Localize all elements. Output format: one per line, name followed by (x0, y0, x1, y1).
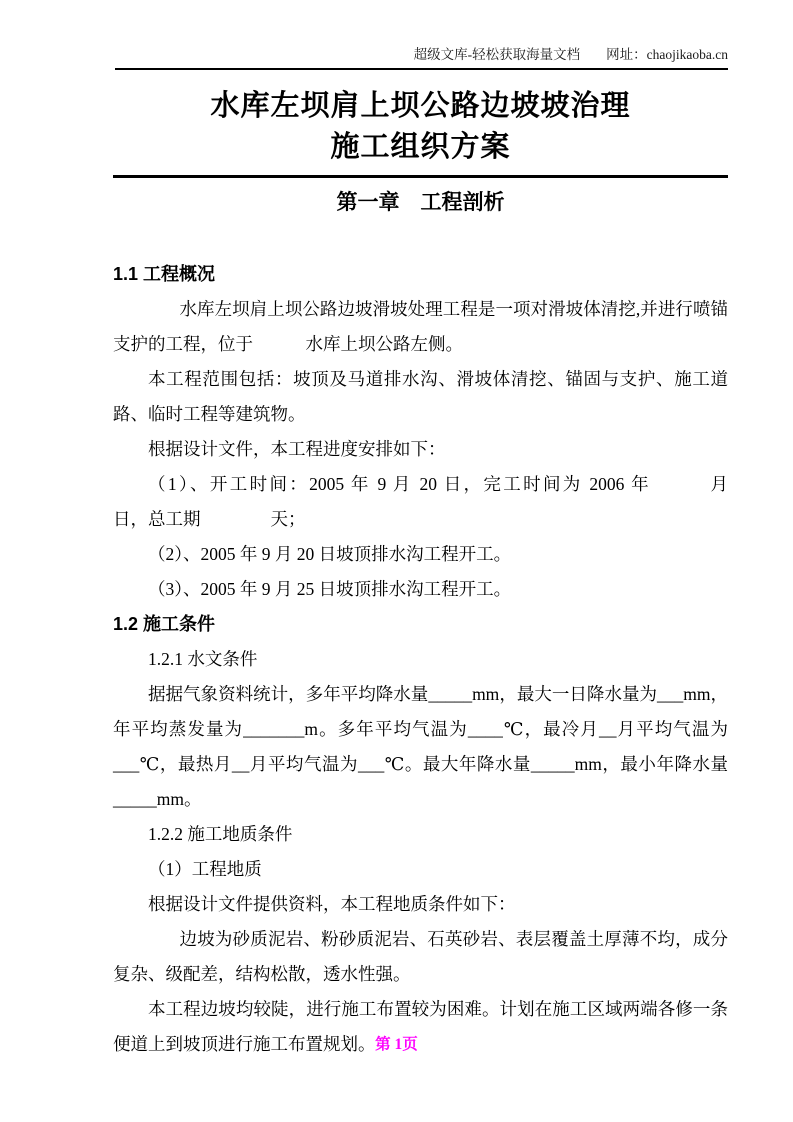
document-page: 超级文库-轻松获取海量文档网址：chaojikaoba.cn 水库左坝肩上坝公路… (0, 0, 793, 1122)
doc-title: 水库左坝肩上坝公路边坡坡治理 施工组织方案 (113, 86, 728, 168)
subsection-heading-1-2-2: 1.2.2 施工地质条件 (113, 817, 728, 852)
para-geology-detail: 边坡为砂质泥岩、粉砂质泥岩、石英砂岩、表层覆盖土厚薄不均，成分复杂、级配差，结构… (113, 922, 728, 992)
para-project-overview: 水库左坝肩上坝公路边坡滑坡处理工程是一项对滑坡体清挖,并进行喷锚支护的工程，位于… (113, 292, 728, 362)
subsection-heading-1-2-1: 1.2.1 水文条件 (113, 642, 728, 677)
doc-body: 1.1 工程概况 水库左坝肩上坝公路边坡滑坡处理工程是一项对滑坡体清挖,并进行喷… (113, 257, 728, 1062)
chapter-heading: 第一章 工程剖析 (113, 188, 728, 217)
page-number: 第 1页 (0, 1034, 793, 1056)
para-schedule-item-3: （3）、2005 年 9 月 25 日坡顶排水沟工程开工。 (113, 572, 728, 607)
header-rule (115, 68, 728, 70)
para-hydrology: 据据气象资料统计，多年平均降水量_____mm，最大一日降水量为___mm，年平… (113, 677, 728, 817)
header-url-label: 网址：chaojikaoba.cn (606, 47, 728, 62)
section-heading-1-2: 1.2 施工条件 (113, 607, 728, 642)
page-content: 超级文库-轻松获取海量文档网址：chaojikaoba.cn 水库左坝肩上坝公路… (113, 0, 728, 1062)
para-schedule-item-2: （2）、2005 年 9 月 20 日坡顶排水沟工程开工。 (113, 537, 728, 572)
para-schedule-intro: 根据设计文件，本工程进度安排如下： (113, 432, 728, 467)
para-schedule-item-1: （1）、开工时间：2005 年 9 月 20 日，完工时间为 2006 年 月 … (113, 467, 728, 537)
header-site-label: 超级文库-轻松获取海量文档 (414, 47, 581, 62)
doc-title-line2: 施工组织方案 (330, 131, 510, 163)
para-project-scope: 本工程范围包括：坡顶及马道排水沟、滑坡体清挖、锚固与支护、施工道路、临时工程等建… (113, 362, 728, 432)
doc-header: 超级文库-轻松获取海量文档网址：chaojikaoba.cn (113, 0, 728, 64)
doc-title-line1: 水库左坝肩上坝公路边坡坡治理 (210, 90, 630, 122)
para-geology-intro: 根据设计文件提供资料，本工程地质条件如下： (113, 887, 728, 922)
section-heading-1-1: 1.1 工程概况 (113, 257, 728, 292)
title-rule (113, 175, 728, 178)
para-geology-heading: （1）工程地质 (113, 852, 728, 887)
